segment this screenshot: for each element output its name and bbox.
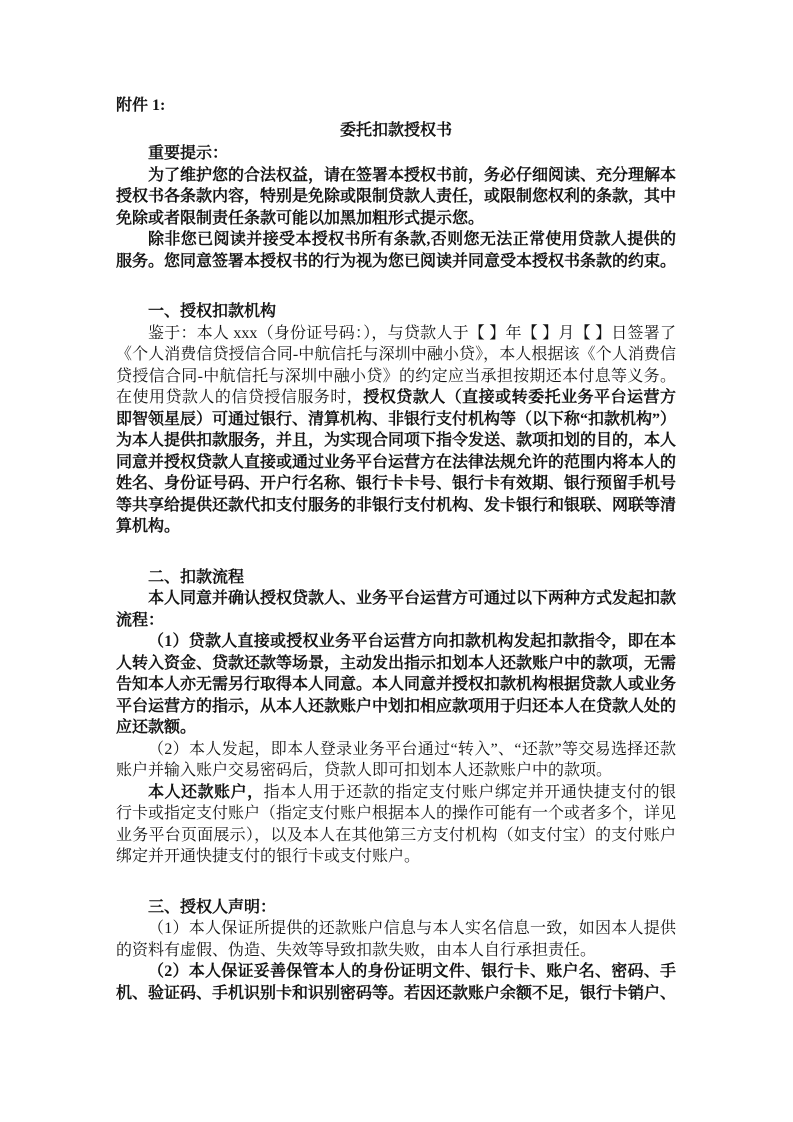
document-page: 附件 1: 委托扣款授权书 重要提示：为了维护您的合法权益，请在签署本授权书前，… — [0, 0, 793, 1122]
section-2-heading: 二、扣款流程 — [116, 567, 676, 589]
repayment-account-definition-text: 本人还款账户， — [148, 784, 264, 801]
section-2-item-2-text: （2）本人发起，即本人登录业务平台通过“转入”、“还款”等交易选择还款账户并输入… — [116, 741, 676, 780]
section-1-paragraph-text: 授权贷款人（直接或转委托业务平台运营方即智领星辰）可通过银行、清算机构、非银行支… — [116, 389, 676, 535]
document-title: 委托扣款授权书 — [116, 120, 676, 142]
section-2-intro: 本人同意并确认授权贷款人、业务平台运营方可通过以下两种方式发起扣款流程： — [116, 588, 676, 631]
section-3-item-2: （2）本人保证妥善保管本人的身份证明文件、银行卡、账户名、密码、手机、验证码、手… — [116, 961, 676, 1004]
section-2-item-1: （1）贷款人直接或授权业务平台运营方向扣款机构发起扣款指令，即在本人转入资金、贷… — [116, 631, 676, 739]
repayment-account-definition: 本人还款账户，指本人用于还款的指定支付账户绑定并开通快捷支付的银行卡或指定支付账… — [116, 782, 676, 868]
section-3-item-2-text: （2）本人保证妥善保管本人的身份证明文件、银行卡、账户名、密码、手机、验证码、手… — [116, 963, 676, 1002]
notice-paragraph-1-text: 为了维护您的合法权益，请在签署本授权书前，务必仔细阅读、充分理解本授权书各条款内… — [116, 167, 676, 227]
section-3-item-1-text: （1）本人保证所提供的还款账户信息与本人实名信息一致，如因本人提供的资料有虚假、… — [116, 920, 676, 959]
notice-heading-text: 重要提示： — [148, 145, 228, 162]
notice-paragraph-2-text: 除非您已阅读并接受本授权书所有条款,否则您无法正常使用贷款人提供的服务。您同意签… — [116, 231, 676, 270]
section-2-item-1-text: （1）贷款人直接或授权业务平台运营方向扣款机构发起扣款指令，即在本人转入资金、贷… — [116, 633, 676, 736]
notice-paragraph-2: 除非您已阅读并接受本授权书所有条款,否则您无法正常使用贷款人提供的服务。您同意签… — [116, 229, 676, 272]
document-body: 重要提示：为了维护您的合法权益，请在签署本授权书前，务必仔细阅读、充分理解本授权… — [116, 143, 676, 1004]
notice-paragraph-1: 为了维护您的合法权益，请在签署本授权书前，务必仔细阅读、充分理解本授权书各条款内… — [116, 165, 676, 230]
section-3-heading-text: 三、授权人声明： — [148, 899, 276, 916]
notice-heading: 重要提示： — [116, 143, 676, 165]
section-2-intro-text: 本人同意并确认授权贷款人、业务平台运营方可通过以下两种方式发起扣款流程： — [116, 590, 676, 629]
section-2-item-2: （2）本人发起，即本人登录业务平台通过“转入”、“还款”等交易选择还款账户并输入… — [116, 739, 676, 782]
section-1-heading-text: 一、授权扣款机构 — [148, 303, 276, 320]
section-1-paragraph: 鉴于：本人 xxx（身份证号码：），与贷款人于【 】年【 】月【 】日签署了《个… — [116, 323, 676, 538]
section-1-heading: 一、授权扣款机构 — [116, 301, 676, 323]
section-3-item-1: （1）本人保证所提供的还款账户信息与本人实名信息一致，如因本人提供的资料有虚假、… — [116, 918, 676, 961]
section-2-heading-text: 二、扣款流程 — [148, 569, 244, 586]
attachment-label: 附件 1: — [116, 95, 676, 117]
section-3-heading: 三、授权人声明： — [116, 897, 676, 919]
